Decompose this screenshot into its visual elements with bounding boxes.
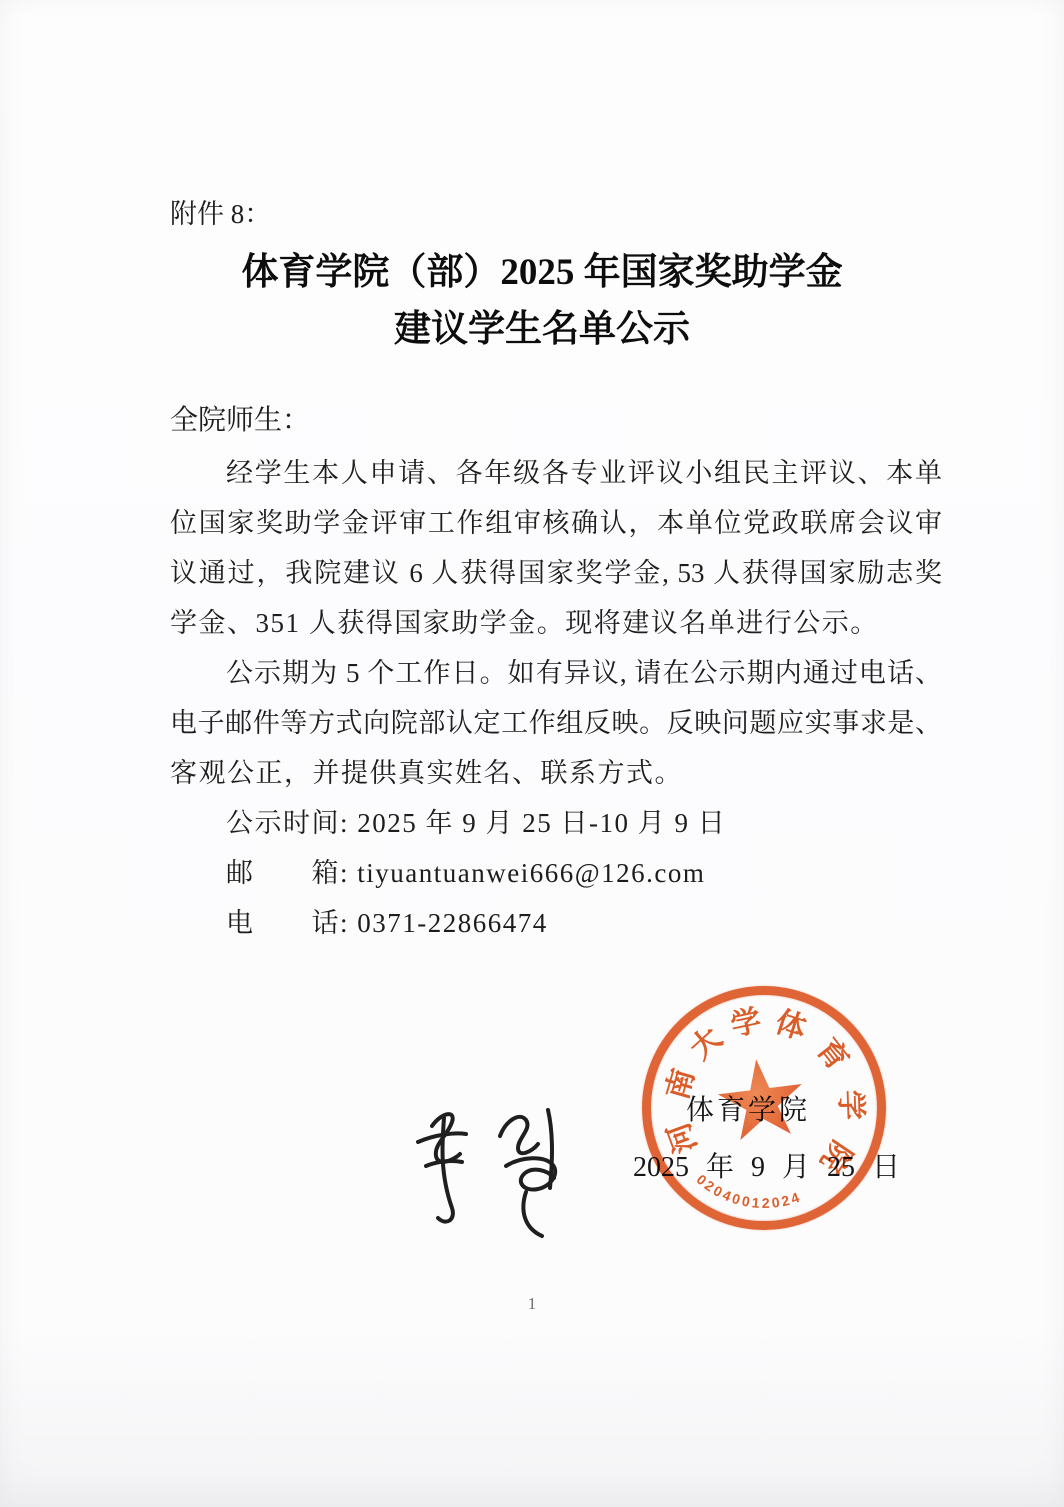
paragraph1-line: 经学生本人申请、各年级各专业评议小组民主评议、本单 [170,448,942,498]
salutation: 全院师生： [170,398,310,438]
phone-line: 电 话: 0371-22866474 [170,898,942,948]
paragraph1-line: 学金、351 人获得国家助学金。现将建议名单进行公示。 [170,598,942,648]
email-label: 邮 箱: [226,858,357,888]
title-line-1: 体育学院（部）2025 年国家奖助学金 [20,244,1064,301]
handwritten-signature-icon [402,1090,577,1255]
notice-period-line: 公示时间: 2025 年 9 月 25 日-10 月 9 日 [170,798,942,848]
email-line: 邮 箱: tiyuantuanwei666@126.com [170,848,942,898]
attachment-label: 附件 8： [170,192,271,231]
paragraph1-line: 位国家奖助学金评审工作组审核确认，本单位党政联席会议审 [170,498,942,548]
paragraph2-line: 公示期为 5 个工作日。如有异议, 请在公示期内通过电话、 [170,648,942,698]
title-line-2: 建议学生名单公示 [20,301,1064,358]
document-body: 经学生本人申请、各年级各专业评议小组民主评议、本单 位国家奖助学金评审工作组审核… [170,448,942,948]
seal-serial-digit: 2 [762,1195,770,1211]
phone-label: 电 话: [226,908,357,938]
official-seal: 河 南 大 学 体 育 学 院 0 2 0 4 0 0 1 2 0 2 4 [642,986,886,1230]
page-number: 1 [0,1294,1064,1314]
phone-value: 0371-22866474 [357,908,548,938]
paragraph2-line: 客观公正，并提供真实姓名、联系方式。 [170,748,942,798]
seal-ring-char: 学 [831,1089,876,1121]
paragraph2-line: 电子邮件等方式向院部认定工作组反映。反映问题应实事求是、 [170,698,942,748]
seal-serial-digit: 0 [771,1194,781,1211]
document-page: 附件 8： 体育学院（部）2025 年国家奖助学金 建议学生名单公示 全院师生：… [0,0,1064,1507]
paragraph1-line: 议通过，我院建议 6 人获得国家奖学金, 53 人获得国家励志奖 [170,548,942,598]
email-value: tiyuantuanwei666@126.com [357,858,705,888]
seal-serial-digit: 1 [751,1194,760,1211]
page-title: 体育学院（部）2025 年国家奖助学金 建议学生名单公示 [20,244,1064,358]
